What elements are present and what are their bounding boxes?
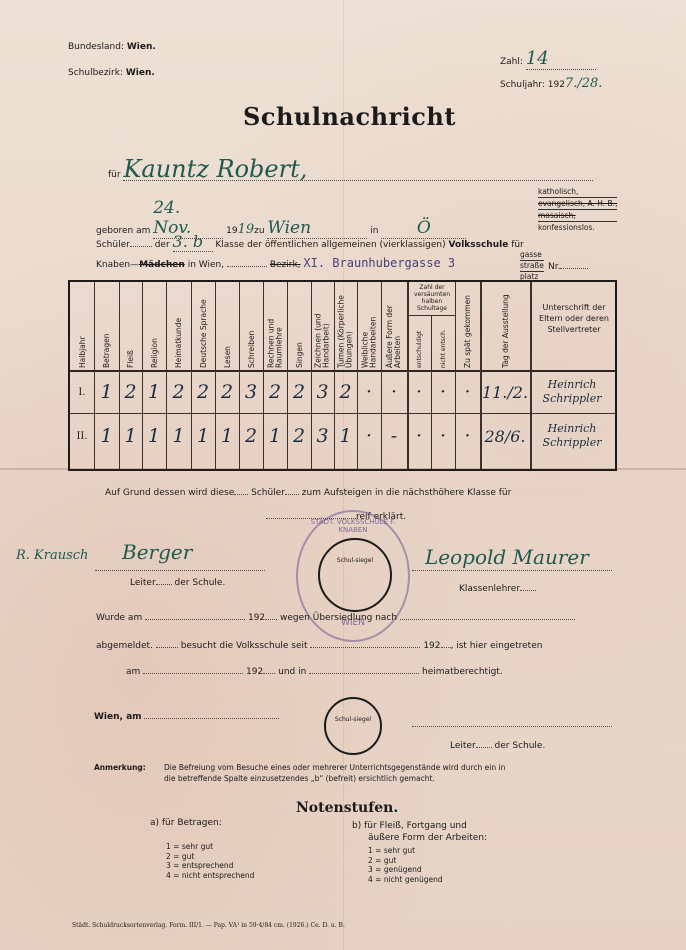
in-wien-label: in Wien, [188,260,224,270]
schuljahr: Schuljahr: 1927./28. [500,76,602,91]
note: Anmerkung: Die Befreiung vom Besuche ein… [94,762,614,784]
house-number: Nr. [548,262,588,272]
wegen-label: wegen Übersiedlung nach [280,613,397,623]
schulbezirk-value: Wien. [126,68,155,78]
parent-signature: Heinrich Schrippler [532,414,612,458]
betragen-scale-title: a) für Betragen: [150,818,222,828]
late-count: · [455,370,480,414]
school-address-line: Knaben—Mädchen in Wien, Bezirk, XI. Brau… [96,256,455,270]
signature-krausch: R. Krausch [16,548,88,563]
grade-rechnen: 2 [263,370,287,414]
missed-excused: · [407,370,431,414]
header-betragen: Betragen [99,284,115,368]
bezirk-label: Bezirk, [270,260,301,270]
promotion-text-a: Auf Grund dessen wird diese [105,488,234,498]
grade-betragen: 1 [94,414,119,458]
grade-heimatkunde: 1 [166,414,191,458]
grade-rechnen: 1 [263,414,287,458]
fuer2-label: für [511,240,524,250]
fleiss-title-2: äußere Form der Arbeiten: [368,832,487,844]
note-label: Anmerkung: [94,762,146,773]
grade-singen: 2 [287,414,311,458]
grade-betragen: 1 [94,370,119,414]
klassenlehrer-label: Klassenlehrer [459,584,520,594]
signature-teacher: Leopold Maurer [425,545,589,569]
am-label: am [126,667,140,677]
leiter-label: Leiter [130,578,156,588]
fleiss-grade-4: 4 = nicht genügend [368,875,443,885]
principal-signature-line [95,570,265,571]
seal-label: Schul-siegel [320,557,390,565]
grade-zeichnen: 3 [311,370,334,414]
schueler-label: Schüler [96,240,130,250]
header-halbjahr: Halbjahr [75,284,91,368]
promotion-line-1: Auf Grund dessen wird diese Schüler zum … [105,488,511,498]
header-fleiss: Fleiß [123,284,139,368]
teacher-signature-line [412,570,612,571]
betragen-grade-4: 4 = nicht entsprechend [166,871,254,881]
class-value: 3. b [173,232,213,252]
note-text-2: die betreffende Spalte einzusetzendes „b… [164,773,614,784]
der-label: der [155,240,170,250]
nr-label: Nr. [548,262,560,272]
grade-turnen: 2 [334,370,357,414]
withdrawal-line-1: Wurde am 192 wegen Übersiedlung nach [96,613,575,623]
zahl: Zahl: 14 [500,48,596,70]
grade-fleiss: 1 [119,414,142,458]
year-2: 192 [423,641,440,651]
religion-options: katholisch, evangelisch, A. H. B., mosai… [538,186,617,233]
grade-fleiss: 2 [119,370,142,414]
student-name: Kauntz Robert, [123,158,593,181]
besucht-label: besucht die Volksschule seit [181,641,308,651]
row-halbjahr: II. [70,414,94,458]
schuljahr-prefix: 192 [548,80,565,90]
grade-weibliche-handarbeiten: · [357,370,381,414]
issue-date: 28/6. [480,414,530,458]
issue-date: 11./2. [480,370,530,414]
stamp-text-top: STÄDT. VOLKSSCHULE F. KNABEN [298,518,408,534]
der-schule-label: der Schule. [175,578,226,588]
fleiss-title-1: b) für Fleiß, Fortgang und [352,820,487,832]
year-3: 192 [246,667,263,677]
notenstufen-title: Notenstufen. [296,800,398,816]
leiter-label: Leiter [450,741,476,751]
grade-religion: 1 [142,370,166,414]
header-heimatkunde: Heimatkunde [171,284,187,368]
withdrawal-leiter: Leiter der Schule. [450,741,545,751]
religion-evangelisch: evangelisch, A. H. B., [538,198,617,210]
principal-label: Leiter der Schule. [130,578,225,588]
header-religion: Religion [147,284,163,368]
grade-schreiben: 2 [239,414,263,458]
seal-circle: Schul-siegel [318,538,392,612]
header-zu-spaet: Zu spät gekommen [460,284,476,368]
fleiss-scale: 1 = sehr gut 2 = gut 3 = genügend 4 = ni… [368,846,443,884]
betragen-scale: 1 = sehr gut 2 = gut 3 = entsprechend 4 … [166,842,254,880]
betragen-grade-3: 3 = entsprechend [166,861,254,871]
wurde-am-label: Wurde am [96,613,142,623]
note-text-1: Die Befreiung vom Besuche eines oder meh… [164,762,614,773]
withdrawal-signature-line [412,726,612,727]
header-zeichnen: Zeichnen (und Handarbeit) [313,284,332,368]
street-type-strasse: straße [520,261,544,272]
wien-am-label: Wien, am [94,712,142,722]
grade-zeichnen: 3 [311,414,334,458]
header-tag-der-ausstellung: Tag der Ausstellung [496,284,516,368]
teacher-label: Klassenlehrer [459,584,536,594]
volksschule-label: Volksschule [449,240,509,250]
header-aeussere-form: Äußere Form der Arbeiten [384,284,404,368]
grade-singen: 2 [287,370,311,414]
header-lesen: Lesen [220,284,236,368]
grade-schreiben: 3 [239,370,263,414]
grades-table: Halbjahr Betragen Fleiß Religion Heimatk… [68,280,617,471]
promotion-text-b: Schüler [251,488,285,498]
grade-aeussere-form: · [381,370,407,414]
grade-lesen: 1 [215,414,239,458]
bundesland-value: Wien. [127,42,156,52]
schulbezirk: Schulbezirk: Wien. [68,68,155,78]
year-1: 192 [248,613,265,623]
late-count: · [455,414,480,458]
form-footer: Städt. Schuldrucksortenverlag. Form. III… [72,922,345,929]
header-unterschrift: Unterschrift der Eltern oder deren Stell… [536,302,612,335]
document-title: Schulnachricht [243,102,456,131]
header-singen: Singen [292,284,308,368]
fleiss-grade-3: 3 = genügend [368,865,443,875]
eingetreten-label: , ist hier eingetreten [451,641,543,651]
grade-religion: 1 [142,414,166,458]
row-halbjahr: I. [70,370,94,414]
header-weibliche-handarbeiten: Weibliche Handarbeiten [360,284,379,368]
fleiss-grade-1: 1 = sehr gut [368,846,443,856]
missed-excused: · [407,414,431,458]
grade-heimatkunde: 2 [166,370,191,414]
religion-katholisch: katholisch, [538,186,617,198]
student-name-line: für Kauntz Robert, [108,158,613,181]
street-type-options: gasse straße platz [520,250,544,282]
und-in-label: und in [278,667,306,677]
class-line: Schüler der 3. b Klasse der öffentlichen… [96,232,616,252]
street-type-gasse: gasse [520,250,544,261]
missed-unexcused: · [431,370,455,414]
betragen-grade-2: 2 = gut [166,852,254,862]
maedchen-label: Mädchen [139,260,185,270]
zahl-label: Zahl: [500,57,523,67]
parent-signature: Heinrich Schrippler [532,370,612,414]
fuer-label: für [108,170,121,180]
zahl-value: 14 [526,48,596,70]
bundesland: Bundesland: Wien. [68,42,156,52]
header-schreiben: Schreiben [244,284,260,368]
header-turnen: Turnen (Körperliche Übungen) [336,284,355,368]
signature-principal: Berger [122,540,192,564]
header-rechnen: Rechnen und Raumlehre [266,284,285,368]
grade-lesen: 2 [215,370,239,414]
school-address-stamp: XI. Braunhubergasse 3 [303,256,455,270]
knaben-label: Knaben— [96,260,139,270]
abgemeldet-label: abgemeldet. [96,641,153,651]
header-entschuldigt: entschuldigt [412,318,428,368]
seal-circle-empty: Schul-siegel [324,697,382,755]
header-missed-days: Zahl der versäumten halben Schultage [409,284,455,314]
fleiss-grade-2: 2 = gut [368,856,443,866]
header-deutsche-sprache: Deutsche Sprache [196,284,212,368]
seal-label: Schul-siegel [326,716,380,724]
grade-deutsch: 2 [191,370,215,414]
grade-weibliche-handarbeiten: · [357,414,381,458]
heimat-label: heimatberechtigt. [422,667,503,677]
fleiss-scale-title: b) für Fleiß, Fortgang und äußere Form d… [352,820,487,844]
withdrawal-line-3: am 192 und in heimatberechtigt. [126,667,503,677]
bundesland-label: Bundesland: [68,42,124,52]
betragen-grade-1: 1 = sehr gut [166,842,254,852]
class-text: Klasse der öffentlichen allgemeinen (vie… [215,240,445,250]
withdrawal-place-date: Wien, am [94,712,279,722]
missed-unexcused: · [431,414,455,458]
schulbezirk-label: Schulbezirk: [68,68,123,78]
der-schule-label: der Schule. [495,741,546,751]
promotion-text-c: zum Aufsteigen in die nächsthöhere Klass… [302,488,512,498]
grade-aeussere-form: - [381,414,407,458]
schuljahr-label: Schuljahr: [500,80,545,90]
religion-mosaisch: mosaisch, [538,210,617,222]
grade-deutsch: 1 [191,414,215,458]
header-nicht-entschuldigt: nicht entsch. [436,318,452,368]
schuljahr-value: 7./28. [565,76,602,91]
grade-turnen: 1 [334,414,357,458]
withdrawal-line-2: abgemeldet. besucht die Volksschule seit… [96,641,542,651]
